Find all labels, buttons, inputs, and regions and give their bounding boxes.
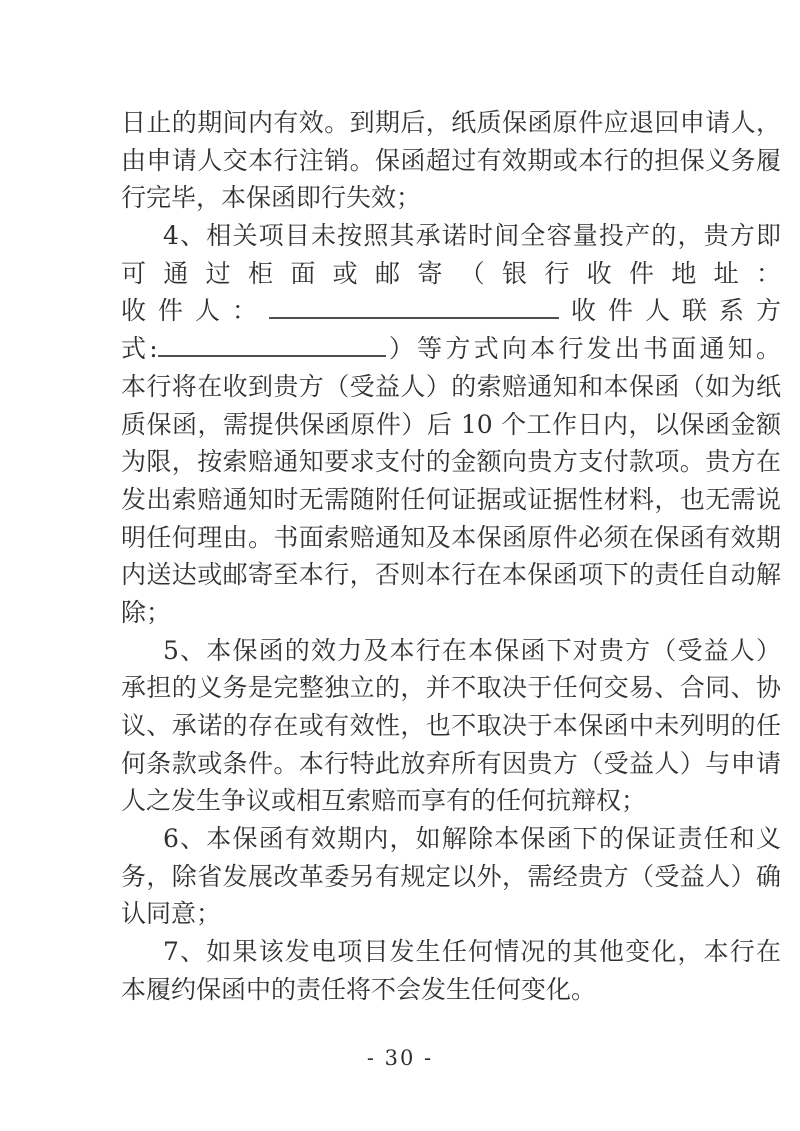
document-line: 务，除省发展改革委另有规定以外，需经贵方（受益人）确 bbox=[121, 858, 781, 896]
document-line: 承担的义务是完整独立的，并不取决于任何交易、合同、协 bbox=[121, 669, 781, 707]
document-line: 质保函，需提供保函原件）后 10 个工作日内，以保函金额 bbox=[121, 406, 781, 444]
document-line: 内送达或邮寄至本行，否则本行在本保函项下的责任自动解 bbox=[121, 556, 781, 594]
document-line-clause-6: 6、本保函有效期内，如解除本保函下的保证责任和义 bbox=[121, 820, 781, 858]
document-line: 可通过柜面或邮寄（银行收件地址： bbox=[121, 255, 781, 293]
document-line: 议、承诺的存在或有效性，也不取决于本保函中未列明的任 bbox=[121, 707, 781, 745]
document-line-clause-4: 4、相关项目未按照其承诺时间全容量投产的，贵方即 bbox=[121, 217, 781, 255]
document-line: 日止的期间内有效。到期后，纸质保函原件应退回申请人， bbox=[121, 104, 781, 142]
document-line-contact: 式:）等方式向本行发出书面通知。 bbox=[121, 330, 781, 368]
document-line: 认同意； bbox=[121, 895, 781, 933]
recipient-label: 收件人： bbox=[121, 296, 269, 325]
document-line: 何条款或条件。本行特此放弃所有因贵方（受益人）与申请 bbox=[121, 745, 781, 783]
document-line: 由申请人交本行注销。保函超过有效期或本行的担保义务履 bbox=[121, 142, 781, 180]
document-line: 除； bbox=[121, 594, 781, 632]
document-line: 为限，按索赔通知要求支付的金额向贵方支付款项。贵方在 bbox=[121, 443, 781, 481]
document-line-recipient: 收件人：收件人联系方 bbox=[121, 292, 781, 330]
page-number: - 30 - bbox=[0, 1046, 800, 1070]
document-line-clause-7: 7、如果该发电项目发生任何情况的其他变化，本行在 bbox=[121, 933, 781, 971]
document-body: 日止的期间内有效。到期后，纸质保函原件应退回申请人， 由申请人交本行注销。保函超… bbox=[121, 104, 781, 1009]
document-line: 人之发生争议或相互索赔而享有的任何抗辩权； bbox=[121, 782, 781, 820]
recipient-blank-underline bbox=[269, 294, 559, 320]
recipient-trailing-text: 收件人联系方 bbox=[559, 296, 781, 325]
document-line: 本行将在收到贵方（受益人）的索赔通知和本保函（如为纸 bbox=[121, 368, 781, 406]
document-line: 行完毕，本保函即行失效； bbox=[121, 179, 781, 217]
contact-label: 式: bbox=[121, 334, 158, 363]
document-line: 明任何理由。书面索赔通知及本保函原件必须在保函有效期 bbox=[121, 519, 781, 557]
document-page: 日止的期间内有效。到期后，纸质保函原件应退回申请人， 由申请人交本行注销。保函超… bbox=[0, 0, 800, 1131]
document-line: 发出索赔通知时无需随附任何证据或证据性材料，也无需说 bbox=[121, 481, 781, 519]
contact-trailing-text: ）等方式向本行发出书面通知。 bbox=[386, 334, 781, 363]
document-line: 本履约保函中的责任将不会发生任何变化。 bbox=[121, 971, 781, 1009]
contact-blank-underline bbox=[158, 331, 386, 357]
document-line-clause-5: 5、本保函的效力及本行在本保函下对贵方（受益人） bbox=[121, 632, 781, 670]
